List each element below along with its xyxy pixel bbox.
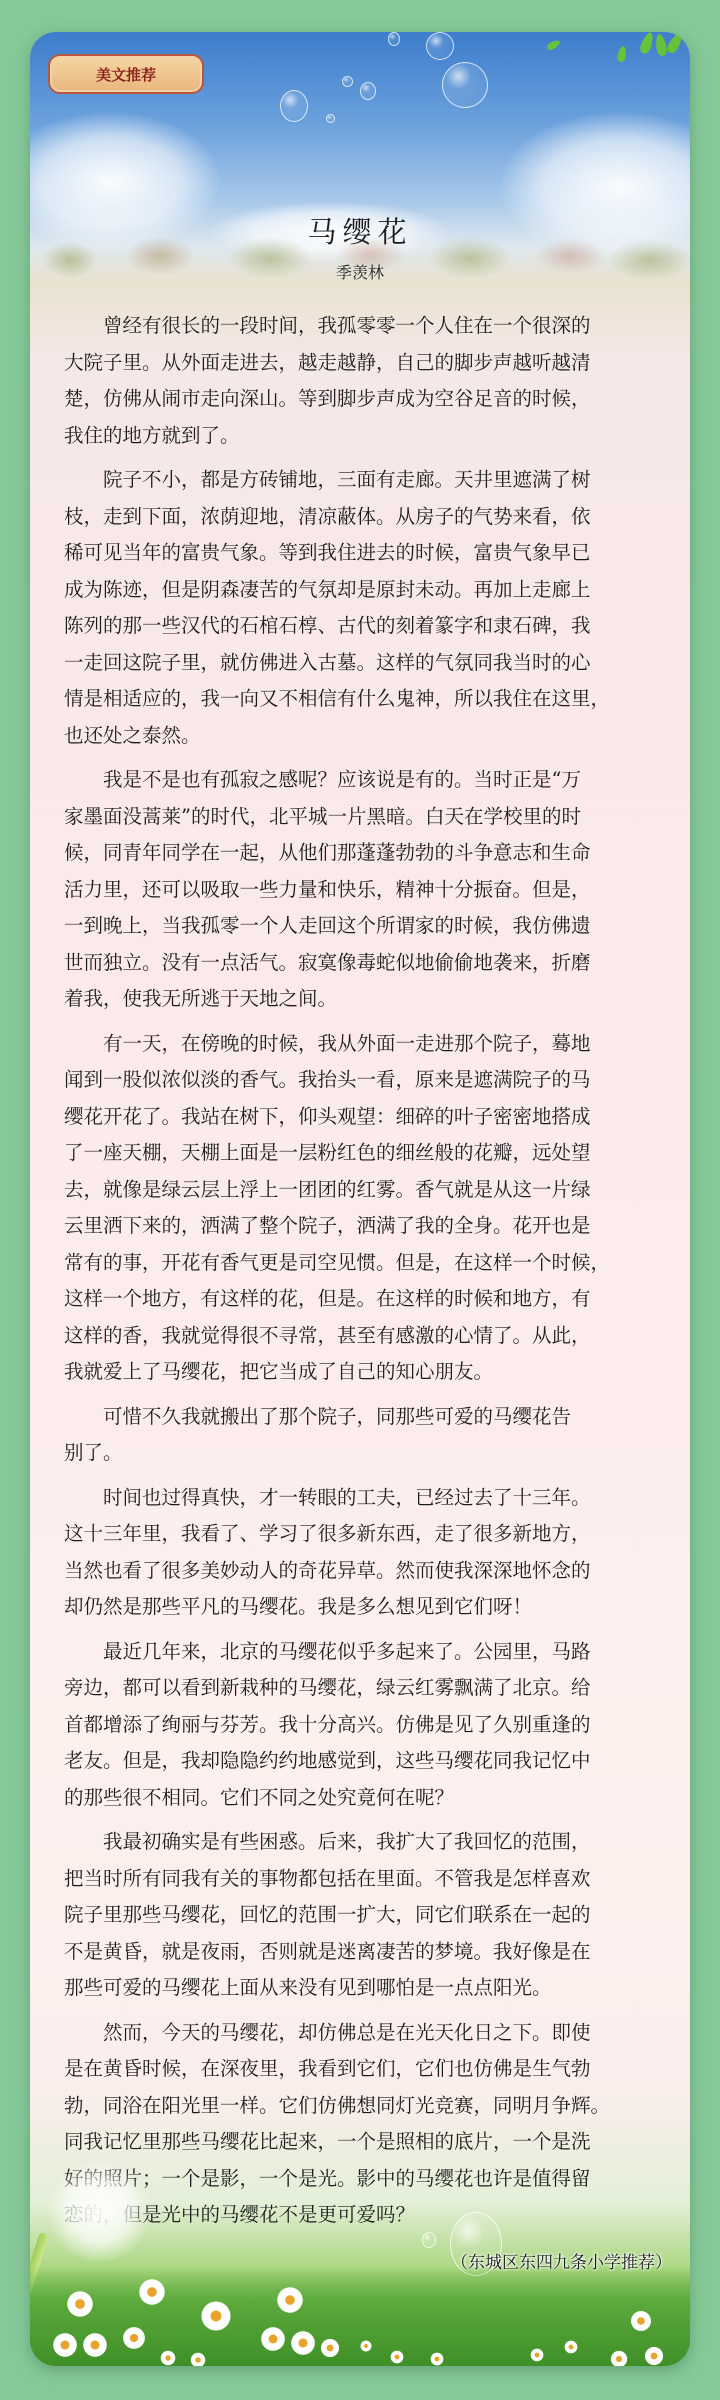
paragraph-line: 情是相适应的，我一向又不相信有什么鬼神，所以我住在这里， xyxy=(64,681,654,718)
badge-label: 美文推荐 xyxy=(96,64,156,85)
paragraph-line: 枝，走到下面，浓荫迎地，清凉蔽体。从房子的气势来看，依 xyxy=(64,499,654,536)
paragraph-line: 旁边，都可以看到新栽种的马缨花，绿云红雾飘满了北京。给 xyxy=(64,1670,654,1707)
paragraph-line: 稀可见当年的富贵气象。等到我住进去的时候，富贵气象早已 xyxy=(64,535,654,572)
paragraph-line: 我住的地方就到了。 xyxy=(64,418,654,455)
paragraph-line: 一到晚上，当我孤零一个人走回这个所谓家的时候，我仿佛遗 xyxy=(64,908,654,945)
daisy-icon xyxy=(200,2300,232,2332)
paragraph-line: 这样的香，我就觉得很不寻常，甚至有感激的心情了。从此， xyxy=(64,1318,654,1355)
daisy-icon xyxy=(564,2340,578,2354)
daisy-icon xyxy=(82,2332,108,2358)
leaf-icon xyxy=(665,32,685,55)
daisy-icon xyxy=(630,2310,652,2332)
bubble-icon xyxy=(388,32,400,46)
paragraph-line: 这十三年里，我看了、学习了很多新东西，走了很多新地方， xyxy=(64,1516,654,1553)
daisy-icon xyxy=(644,2346,664,2366)
daisy-icon xyxy=(610,2350,628,2366)
paragraph-line: 别了。 xyxy=(64,1435,654,1472)
article-paragraph: 曾经有很长的一段时间，我孤零零一个人住在一个很深的大院子里。从外面走进去，越走越… xyxy=(64,308,654,454)
paragraph-line: 陈列的那一些汉代的石棺石椁、古代的刻着篆字和隶石碑，我 xyxy=(64,608,654,645)
article-paragraph: 时间也过得真快，才一转眼的工夫，已经过去了十三年。这十三年里，我看了、学习了很多… xyxy=(64,1480,654,1626)
bubble-icon xyxy=(422,2232,436,2248)
paragraph-line: 大院子里。从外面走进去，越走越静，自己的脚步声越听越清 xyxy=(64,345,654,382)
grass-decoration xyxy=(30,2266,690,2366)
paragraph-line: 的那些很不相同。它们不同之处究竟何在呢？ xyxy=(64,1780,654,1817)
paragraph-line: 我最初确实是有些困惑。后来，我扩大了我回忆的范围， xyxy=(64,1824,654,1861)
paragraph-line: 可惜不久我就搬出了那个院子，同那些可爱的马缨花告 xyxy=(64,1399,654,1436)
recommendation-credit: （东城区东四九条小学推荐） xyxy=(451,2248,672,2273)
article-paragraph: 我最初确实是有些困惑。后来，我扩大了我回忆的范围，把当时所有同我有关的事物都包括… xyxy=(64,1824,654,2007)
bubble-icon xyxy=(426,32,454,60)
daisy-icon xyxy=(390,2350,404,2364)
paragraph-line: 了一座天棚，天棚上面是一层粉红色的细丝般的花瓣，远处望 xyxy=(64,1135,654,1172)
paragraph-line: 勃，同浴在阳光里一样。它们仿佛想同灯光竞赛，同明月争辉。 xyxy=(64,2088,654,2125)
leaf-icon xyxy=(546,38,562,51)
dandelion-icon xyxy=(44,2162,154,2262)
daisy-icon xyxy=(138,2278,166,2306)
paragraph-line: 同我记忆里那些马缨花比起来，一个是照相的底片，一个是洗 xyxy=(64,2124,654,2161)
bubble-icon xyxy=(442,62,488,108)
article-card: 美文推荐 马缨花 季羡林 曾经有很长的一段时间，我孤零零一个人住在一个很深的大院… xyxy=(30,32,690,2366)
paragraph-line: 把当时所有同我有关的事物都包括在里面。不管我是怎样喜欢 xyxy=(64,1861,654,1898)
paragraph-line: 老友。但是，我却隐隐约约地感觉到，这些马缨花同我记忆中 xyxy=(64,1743,654,1780)
paragraph-line: 候，同青年同学在一起，从他们那蓬蓬勃勃的斗争意志和生命 xyxy=(64,835,654,872)
paragraph-line: 家墨面没蒿莱”的时代，北平城一片黑暗。白天在学校里的时 xyxy=(64,799,654,836)
paragraph-line: 不是黄昏，就是夜雨，否则就是迷离凄苦的梦境。我好像是在 xyxy=(64,1934,654,1971)
daisy-icon xyxy=(122,2326,146,2350)
bubble-icon xyxy=(280,90,308,122)
daisy-icon xyxy=(260,2326,286,2352)
paragraph-line: 最近几年来，北京的马缨花似乎多起来了。公园里，马路 xyxy=(64,1634,654,1671)
daisy-icon xyxy=(52,2332,78,2358)
daisy-icon xyxy=(190,2352,206,2366)
paragraph-line: 却仍然是那些平凡的马缨花。我是多么想见到它们呀！ xyxy=(64,1589,654,1626)
daisy-icon xyxy=(66,2290,94,2318)
paragraph-line: 当然也看了很多美妙动人的奇花异草。然而使我深深地怀念的 xyxy=(64,1553,654,1590)
paragraph-line: 云里洒下来的，洒满了整个院子，洒满了我的全身。花开也是 xyxy=(64,1208,654,1245)
paragraph-line: 也还处之泰然。 xyxy=(64,718,654,755)
paragraph-line: 我是不是也有孤寂之感呢？应该说是有的。当时正是“万 xyxy=(64,762,654,799)
article-body: 曾经有很长的一段时间，我孤零零一个人住在一个很深的大院子里。从外面走进去，越走越… xyxy=(64,308,654,2242)
daisy-icon xyxy=(430,2352,444,2366)
paragraph-line: 世而独立。没有一点活气。寂寞像毒蛇似地偷偷地袭来，折磨 xyxy=(64,945,654,982)
daisy-icon xyxy=(276,2286,304,2314)
paragraph-line: 那些可爱的马缨花上面从来没有见到哪怕是一点点阳光。 xyxy=(64,1970,654,2007)
paragraph-line: 去，就像是绿云层上浮上一团团的红雾。香气就是从这一片绿 xyxy=(64,1172,654,1209)
paragraph-line: 缨花开花了。我站在树下，仰头观望：细碎的叶子密密地搭成 xyxy=(64,1099,654,1136)
daisy-icon xyxy=(290,2330,316,2356)
bubble-icon xyxy=(360,82,376,100)
paragraph-line: 闻到一股似浓似淡的香气。我抬头一看，原来是遮满院子的马 xyxy=(64,1062,654,1099)
paragraph-line: 一走回这院子里，就仿佛进入古墓。这样的气氛同我当时的心 xyxy=(64,645,654,682)
paragraph-line: 是在黄昏时候，在深夜里，我看到它们，它们也仿佛是生气勃 xyxy=(64,2051,654,2088)
daisy-icon xyxy=(320,2338,340,2358)
article-paragraph: 院子不小，都是方砖铺地，三面有走廊。天井里遮满了树枝，走到下面，浓荫迎地，清凉蔽… xyxy=(64,462,654,754)
paragraph-line: 时间也过得真快，才一转眼的工夫，已经过去了十三年。 xyxy=(64,1480,654,1517)
bubble-icon xyxy=(342,76,353,87)
leaf-icon xyxy=(639,32,656,55)
paragraph-line: 好的照片；一个是影，一个是光。影中的马缨花也许是值得留 xyxy=(64,2161,654,2198)
daisy-icon xyxy=(160,2350,176,2366)
paragraph-line: 我就爱上了马缨花，把它当成了自己的知心朋友。 xyxy=(64,1354,654,1391)
daisy-icon xyxy=(530,2348,544,2362)
leaf-icon xyxy=(617,45,628,62)
paragraph-line: 首都增添了绚丽与芬芳。我十分高兴。仿佛是见了久别重逢的 xyxy=(64,1707,654,1744)
article-paragraph: 我是不是也有孤寂之感呢？应该说是有的。当时正是“万家墨面没蒿莱”的时代，北平城一… xyxy=(64,762,654,1018)
article-paragraph: 有一天，在傍晚的时候，我从外面一走进那个院子，蓦地闻到一股似浓似淡的香气。我抬头… xyxy=(64,1026,654,1391)
article-paragraph: 可惜不久我就搬出了那个院子，同那些可爱的马缨花告别了。 xyxy=(64,1399,654,1472)
paragraph-line: 这样一个地方，有这样的花，但是。在这样的时候和地方，有 xyxy=(64,1281,654,1318)
paragraph-line: 着我，使我无所逃于天地之间。 xyxy=(64,981,654,1018)
daisy-icon xyxy=(360,2340,372,2352)
paragraph-line: 楚，仿佛从闹市走向深山。等到脚步声成为空谷足音的时候， xyxy=(64,381,654,418)
leaf-icon xyxy=(654,33,668,56)
paragraph-line: 院子里那些马缨花，回忆的范围一扩大，同它们联系在一起的 xyxy=(64,1897,654,1934)
bubble-icon xyxy=(326,114,335,123)
paragraph-line: 常有的事，开花有香气更是司空见惯。但是，在这样一个时候， xyxy=(64,1245,654,1282)
paragraph-line: 有一天，在傍晚的时候，我从外面一走进那个院子，蓦地 xyxy=(64,1026,654,1063)
paragraph-line: 曾经有很长的一段时间，我孤零零一个人住在一个很深的 xyxy=(64,308,654,345)
paragraph-line: 然而，今天的马缨花，却仿佛总是在光天化日之下。即使 xyxy=(64,2015,654,2052)
article-paragraph: 最近几年来，北京的马缨花似乎多起来了。公园里，马路旁边，都可以看到新栽种的马缨花… xyxy=(64,1634,654,1817)
article-author: 季羡林 xyxy=(30,260,690,283)
paragraph-line: 活力里，还可以吸取一些力量和快乐，精神十分振奋。但是， xyxy=(64,872,654,909)
paragraph-line: 成为陈迹，但是阴森凄苦的气氛却是原封未动。再加上走廊上 xyxy=(64,572,654,609)
article-title: 马缨花 xyxy=(30,210,690,251)
paragraph-line: 院子不小，都是方砖铺地，三面有走廊。天井里遮满了树 xyxy=(64,462,654,499)
section-badge: 美文推荐 xyxy=(48,54,204,94)
